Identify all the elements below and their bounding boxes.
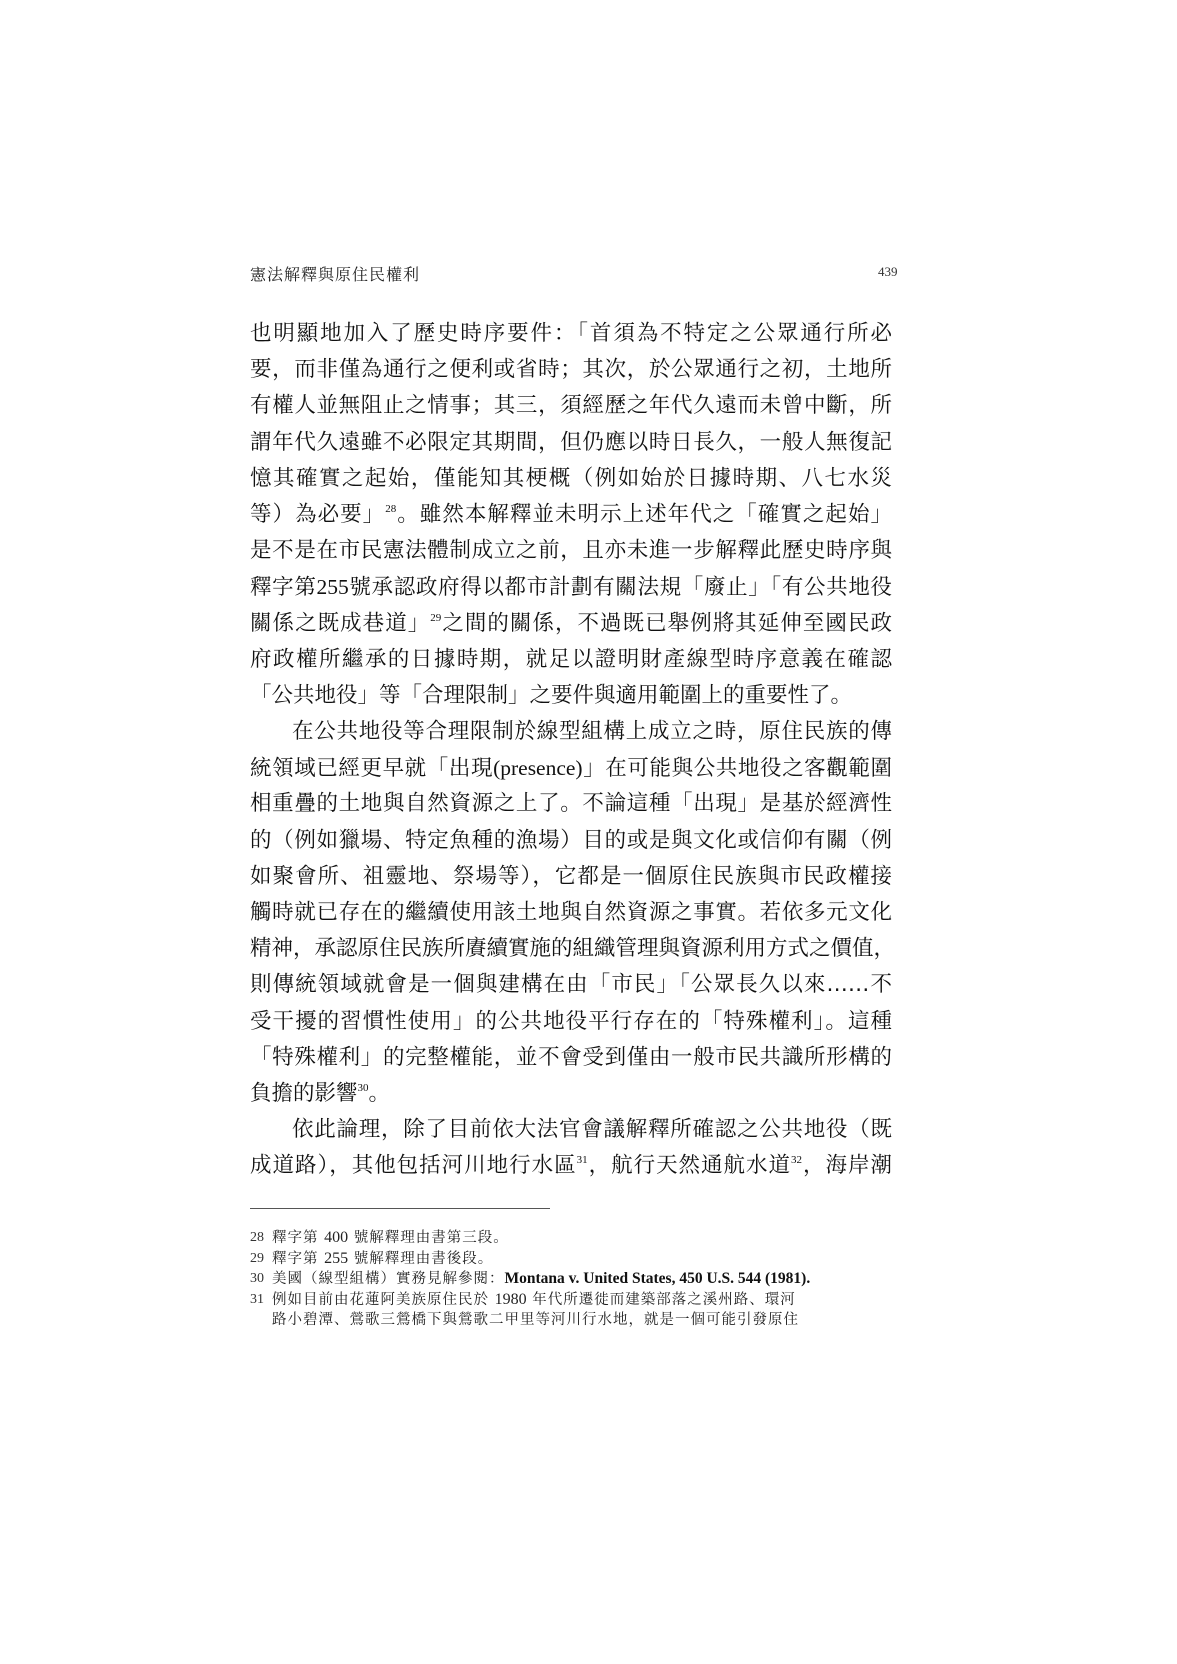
body-line: 要，而非僅為通行之便利或省時；其次，於公眾通行之初，土地所 xyxy=(250,352,892,388)
text-run: 統領域已經更早就「出現 xyxy=(250,756,493,781)
text-run: 也明顯地加入了歷史時序要件：「首須為不特定之公眾通行所必 xyxy=(250,321,892,346)
text-run: 相重疊的土地與自然資源之上了。不論這種「出現」是基於經濟性 xyxy=(250,791,892,816)
text-run: 。雖然本解釋並未明示上述年代之「確實之起始」 xyxy=(396,502,892,527)
footnote-continuation: 路小碧潭、鶯歌三鶯橋下與鶯歌二甲里等河川行水地，就是一個可能引發原住 xyxy=(250,1310,892,1331)
footnote-number: 28 xyxy=(250,1228,272,1249)
text-run: ，航行天然通航水道 xyxy=(588,1153,791,1178)
body-line: 關係之既成巷道」29之間的關係，不過既已舉例將其延伸至國民政 xyxy=(250,606,892,642)
body-line: 如聚會所、祖靈地、祭場等），它都是一個原住民族與市民政權接 xyxy=(250,859,892,895)
footnote-ref[interactable]: 29 xyxy=(430,612,441,624)
footnote-text-run: 例如目前由花蓮阿美族原住民於 xyxy=(272,1292,495,1308)
text-run: 謂年代久遠雖不必限定其期間，但仍應以時日長久，一般人無復記 xyxy=(250,430,892,455)
text-run: 的（例如獵場、特定魚種的漁場）目的或是與文化或信仰有關（例 xyxy=(250,828,892,853)
body-line: 相重疊的土地與自然資源之上了。不論這種「出現」是基於經濟性 xyxy=(250,786,892,822)
body-line: 成道路），其他包括河川地行水區31，航行天然通航水道32，海岸潮 xyxy=(250,1148,892,1184)
text-run: 「公共地役」等「合理限制」之要件與適用範圍上的重要性了。 xyxy=(250,683,852,708)
body-line: 釋字第255號承認政府得以都市計劃有關法規「廢止」「有公共地役 xyxy=(250,569,892,605)
text-run: 依此論理，除了目前依大法官會議解釋所確認之公共地役（既 xyxy=(292,1117,892,1142)
body-line: 府政權所繼承的日據時期，就足以證明財產線型時序意義在確認 xyxy=(250,642,892,678)
footnote-text-run: 號解釋理由書第三段。 xyxy=(348,1230,509,1246)
footnote-text-run: 美國（線型組構）實務見解參閱： xyxy=(272,1271,505,1287)
text-run: 要，而非僅為通行之便利或省時；其次，於公眾通行之初，土地所 xyxy=(250,357,892,382)
body-line: 受干擾的習慣性使用」的公共地役平行存在的「特殊權利」。這種 xyxy=(250,1004,892,1040)
text-run: 釋字第 xyxy=(250,575,316,600)
latin-text: 255 xyxy=(316,575,348,599)
body-line: 依此論理，除了目前依大法官會議解釋所確認之公共地役（既 xyxy=(250,1112,892,1148)
body-line: 則傳統領域就會是一個與建構在由「市民」「公眾長久以來……不 xyxy=(250,967,892,1003)
case-citation: Montana v. United States, 450 U.S. 544 (… xyxy=(505,1270,811,1287)
body-line: 等）為必要」28。雖然本解釋並未明示上述年代之「確實之起始」 xyxy=(250,497,892,533)
footnote-text: 釋字第 400 號解釋理由書第三段。 xyxy=(272,1228,892,1249)
body-line: 謂年代久遠雖不必限定其期間，但仍應以時日長久，一般人無復記 xyxy=(250,425,892,461)
text-run: ，海岸潮 xyxy=(802,1153,892,1178)
body-line: 是不是在市民憲法體制成立之前，且亦未進一步解釋此歷史時序與 xyxy=(250,533,892,569)
text-run: 之間的關係，不過既已舉例將其延伸至國民政 xyxy=(441,611,892,636)
text-run: 有權人並無阻止之情事；其三，須經歷之年代久遠而未曾中斷，所 xyxy=(250,393,892,418)
footnote-ref[interactable]: 32 xyxy=(791,1154,802,1166)
body-line: 精神，承認原住民族所賡續實施的組織管理與資源利用方式之價值， xyxy=(250,931,892,967)
text-run: 負擔的影響 xyxy=(250,1081,358,1106)
text-run: 府政權所繼承的日據時期，就足以證明財產線型時序意義在確認 xyxy=(250,647,892,672)
footnote-text: 釋字第 255 號解釋理由書後段。 xyxy=(272,1249,892,1270)
text-run: 觸時就已存在的繼續使用該土地與自然資源之事實。若依多元文化 xyxy=(250,900,892,925)
footnote-number: 30 xyxy=(250,1269,272,1290)
page-number: 439 xyxy=(878,264,898,280)
text-run: 成道路），其他包括河川地行水區 xyxy=(250,1153,577,1178)
body-line: 有權人並無阻止之情事；其三，須經歷之年代久遠而未曾中斷，所 xyxy=(250,388,892,424)
running-title: 憲法解釋與原住民權利 xyxy=(250,262,420,285)
footnote-30: 30美國（線型組構）實務見解參閱：Montana v. United State… xyxy=(250,1269,892,1290)
body-line: 負擔的影響30。 xyxy=(250,1076,892,1112)
body-line: 觸時就已存在的繼續使用該土地與自然資源之事實。若依多元文化 xyxy=(250,895,892,931)
footnote-ref[interactable]: 31 xyxy=(577,1154,588,1166)
body-line: 「公共地役」等「合理限制」之要件與適用範圍上的重要性了。 xyxy=(250,678,892,714)
body-line: 統領域已經更早就「出現(presence)」在可能與公共地役之客觀範圍 xyxy=(250,750,892,786)
body-line: 「特殊權利」的完整權能，並不會受到僅由一般市民共識所形構的 xyxy=(250,1040,892,1076)
text-run: 關係之既成巷道」 xyxy=(250,611,430,636)
footnote-numeral: 400 xyxy=(324,1229,348,1246)
text-run: 在公共地役等合理限制於線型組構上成立之時，原住民族的傳 xyxy=(292,719,892,744)
body-line: 在公共地役等合理限制於線型組構上成立之時，原住民族的傳 xyxy=(250,714,892,750)
latin-text: (presence) xyxy=(493,756,583,780)
footnote-29: 29釋字第 255 號解釋理由書後段。 xyxy=(250,1249,892,1270)
footnote-31: 31例如目前由花蓮阿美族原住民於 1980 年代所遷徙而建築部落之溪州路、環河 xyxy=(250,1290,892,1311)
text-run: 號承認政府得以都市計劃有關法規「廢止」「有公共地役 xyxy=(349,575,892,600)
text-run: 憶其確實之起始，僅能知其梗概（例如始於日據時期、八七水災 xyxy=(250,466,892,491)
footnote-number: 29 xyxy=(250,1249,272,1270)
footnotes: 28釋字第 400 號解釋理由書第三段。29釋字第 255 號解釋理由書後段。3… xyxy=(250,1228,892,1331)
text-run: 是不是在市民憲法體制成立之前，且亦未進一步解釋此歷史時序與 xyxy=(250,538,892,563)
text-run: 「特殊權利」的完整權能，並不會受到僅由一般市民共識所形構的 xyxy=(250,1045,892,1070)
footnote-text: 美國（線型組構）實務見解參閱：Montana v. United States,… xyxy=(272,1269,892,1290)
text-run: 」在可能與公共地役之客觀範圍 xyxy=(583,756,892,781)
body-line: 也明顯地加入了歷史時序要件：「首須為不特定之公眾通行所必 xyxy=(250,316,892,352)
footnote-separator xyxy=(250,1208,550,1209)
footnote-numeral: 1980 xyxy=(495,1291,527,1308)
footnote-ref[interactable]: 28 xyxy=(385,503,396,515)
footnote-text-run: 年代所遷徙而建築部落之溪州路、環河 xyxy=(527,1292,796,1308)
footnote-28: 28釋字第 400 號解釋理由書第三段。 xyxy=(250,1228,892,1249)
text-run: 等）為必要」 xyxy=(250,502,385,527)
footnote-ref[interactable]: 30 xyxy=(358,1082,369,1094)
footnote-text-run: 釋字第 xyxy=(272,1251,324,1267)
text-run: 精神，承認原住民族所賡續實施的組織管理與資源利用方式之價值， xyxy=(250,936,895,961)
footnote-number: 31 xyxy=(250,1290,272,1311)
text-run: 如聚會所、祖靈地、祭場等），它都是一個原住民族與市民政權接 xyxy=(250,864,892,889)
footnote-text: 例如目前由花蓮阿美族原住民於 1980 年代所遷徙而建築部落之溪州路、環河 xyxy=(272,1290,892,1311)
text-run: 受干擾的習慣性使用」的公共地役平行存在的「特殊權利」。這種 xyxy=(250,1009,892,1034)
body-text: 也明顯地加入了歷史時序要件：「首須為不特定之公眾通行所必要，而非僅為通行之便利或… xyxy=(250,316,892,1185)
body-line: 憶其確實之起始，僅能知其梗概（例如始於日據時期、八七水災 xyxy=(250,461,892,497)
body-line: 的（例如獵場、特定魚種的漁場）目的或是與文化或信仰有關（例 xyxy=(250,823,892,859)
text-run: 則傳統領域就會是一個與建構在由「市民」「公眾長久以來……不 xyxy=(250,972,892,997)
text-run: 。 xyxy=(369,1081,391,1106)
footnote-text-run: 釋字第 xyxy=(272,1230,324,1246)
footnote-text-run: 號解釋理由書後段。 xyxy=(348,1251,493,1267)
footnote-numeral: 255 xyxy=(324,1250,348,1267)
